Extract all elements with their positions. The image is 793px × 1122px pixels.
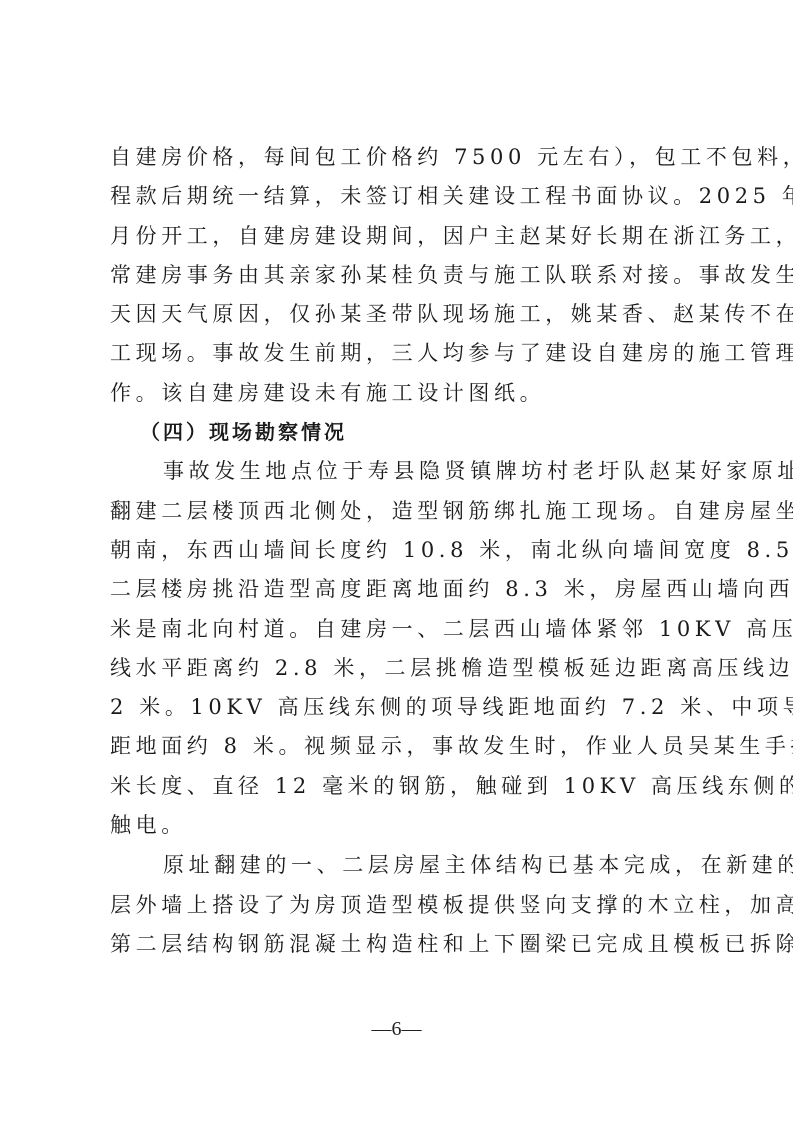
text-line: 事故发生地点位于寿县隐贤镇牌坊村老圩队赵某好家原址 xyxy=(110,452,694,491)
text-line: 米是南北向村道。自建房一、二层西山墙体紧邻 10KV 高压线边 xyxy=(110,610,694,649)
text-line: 线水平距离约 2.8 米，二层挑檐造型模板延边距离高压线边线约 xyxy=(110,649,694,688)
text-line: 常建房事务由其亲家孙某桂负责与施工队联系对接。事故发生当 xyxy=(110,256,694,295)
text-line: 程款后期统一结算，未签订相关建设工程书面协议。2025 年 4 xyxy=(110,177,694,216)
text-line: 米长度、直径 12 毫米的钢筋，触碰到 10KV 高压线东侧的相导线 xyxy=(110,767,694,806)
section-heading: （四）现场勘察情况 xyxy=(110,413,700,452)
text-line: 朝南，东西山墙间长度约 10.8 米，南北纵向墙间宽度 8.5 米， xyxy=(110,531,694,570)
text-line: 2 米。10KV 高压线东侧的项导线距地面约 7.2 米、中项导线高度 xyxy=(110,688,694,727)
text-line: 第二层结构钢筋混凝土构造柱和上下圈梁已完成且模板已拆除， xyxy=(110,925,694,964)
paragraph-1: 自建房价格，每间包工价格约 7500 元左右），包工不包料，工 程款后期统一结算… xyxy=(110,138,700,413)
text-line: 月份开工，自建房建设期间，因户主赵某好长期在浙江务工，日 xyxy=(110,217,694,256)
text-line: 原址翻建的一、二层房屋主体结构已基本完成，在新建的二 xyxy=(110,846,694,885)
paragraph-2: 事故发生地点位于寿县隐贤镇牌坊村老圩队赵某好家原址 翻建二层楼顶西北侧处，造型钢… xyxy=(110,452,700,845)
text-line: 作。该自建房建设未有施工设计图纸。 xyxy=(110,374,694,413)
page-number: —6— xyxy=(0,1018,793,1041)
text-line: 翻建二层楼顶西北侧处，造型钢筋绑扎施工现场。自建房屋坐北 xyxy=(110,492,694,531)
text-line: 层外墙上搭设了为房顶造型模板提供竖向支撑的木立柱，加高的 xyxy=(110,886,694,925)
text-line: 距地面约 8 米。视频显示，事故发生时，作业人员吴某生手持 9 xyxy=(110,727,694,766)
paragraph-3: 原址翻建的一、二层房屋主体结构已基本完成，在新建的二 层外墙上搭设了为房顶造型模… xyxy=(110,846,700,964)
document-page: 自建房价格，每间包工价格约 7500 元左右），包工不包料，工 程款后期统一结算… xyxy=(110,138,700,964)
text-line: 触电。 xyxy=(110,806,694,845)
text-line: 二层楼房挑沿造型高度距离地面约 8.3 米，房屋西山墙向西约 6 xyxy=(110,570,694,609)
text-line: 天因天气原因，仅孙某圣带队现场施工，姚某香、赵某传不在施 xyxy=(110,295,694,334)
text-line: 自建房价格，每间包工价格约 7500 元左右），包工不包料，工 xyxy=(110,138,694,177)
text-line: 工现场。事故发生前期，三人均参与了建设自建房的施工管理工 xyxy=(110,334,694,373)
